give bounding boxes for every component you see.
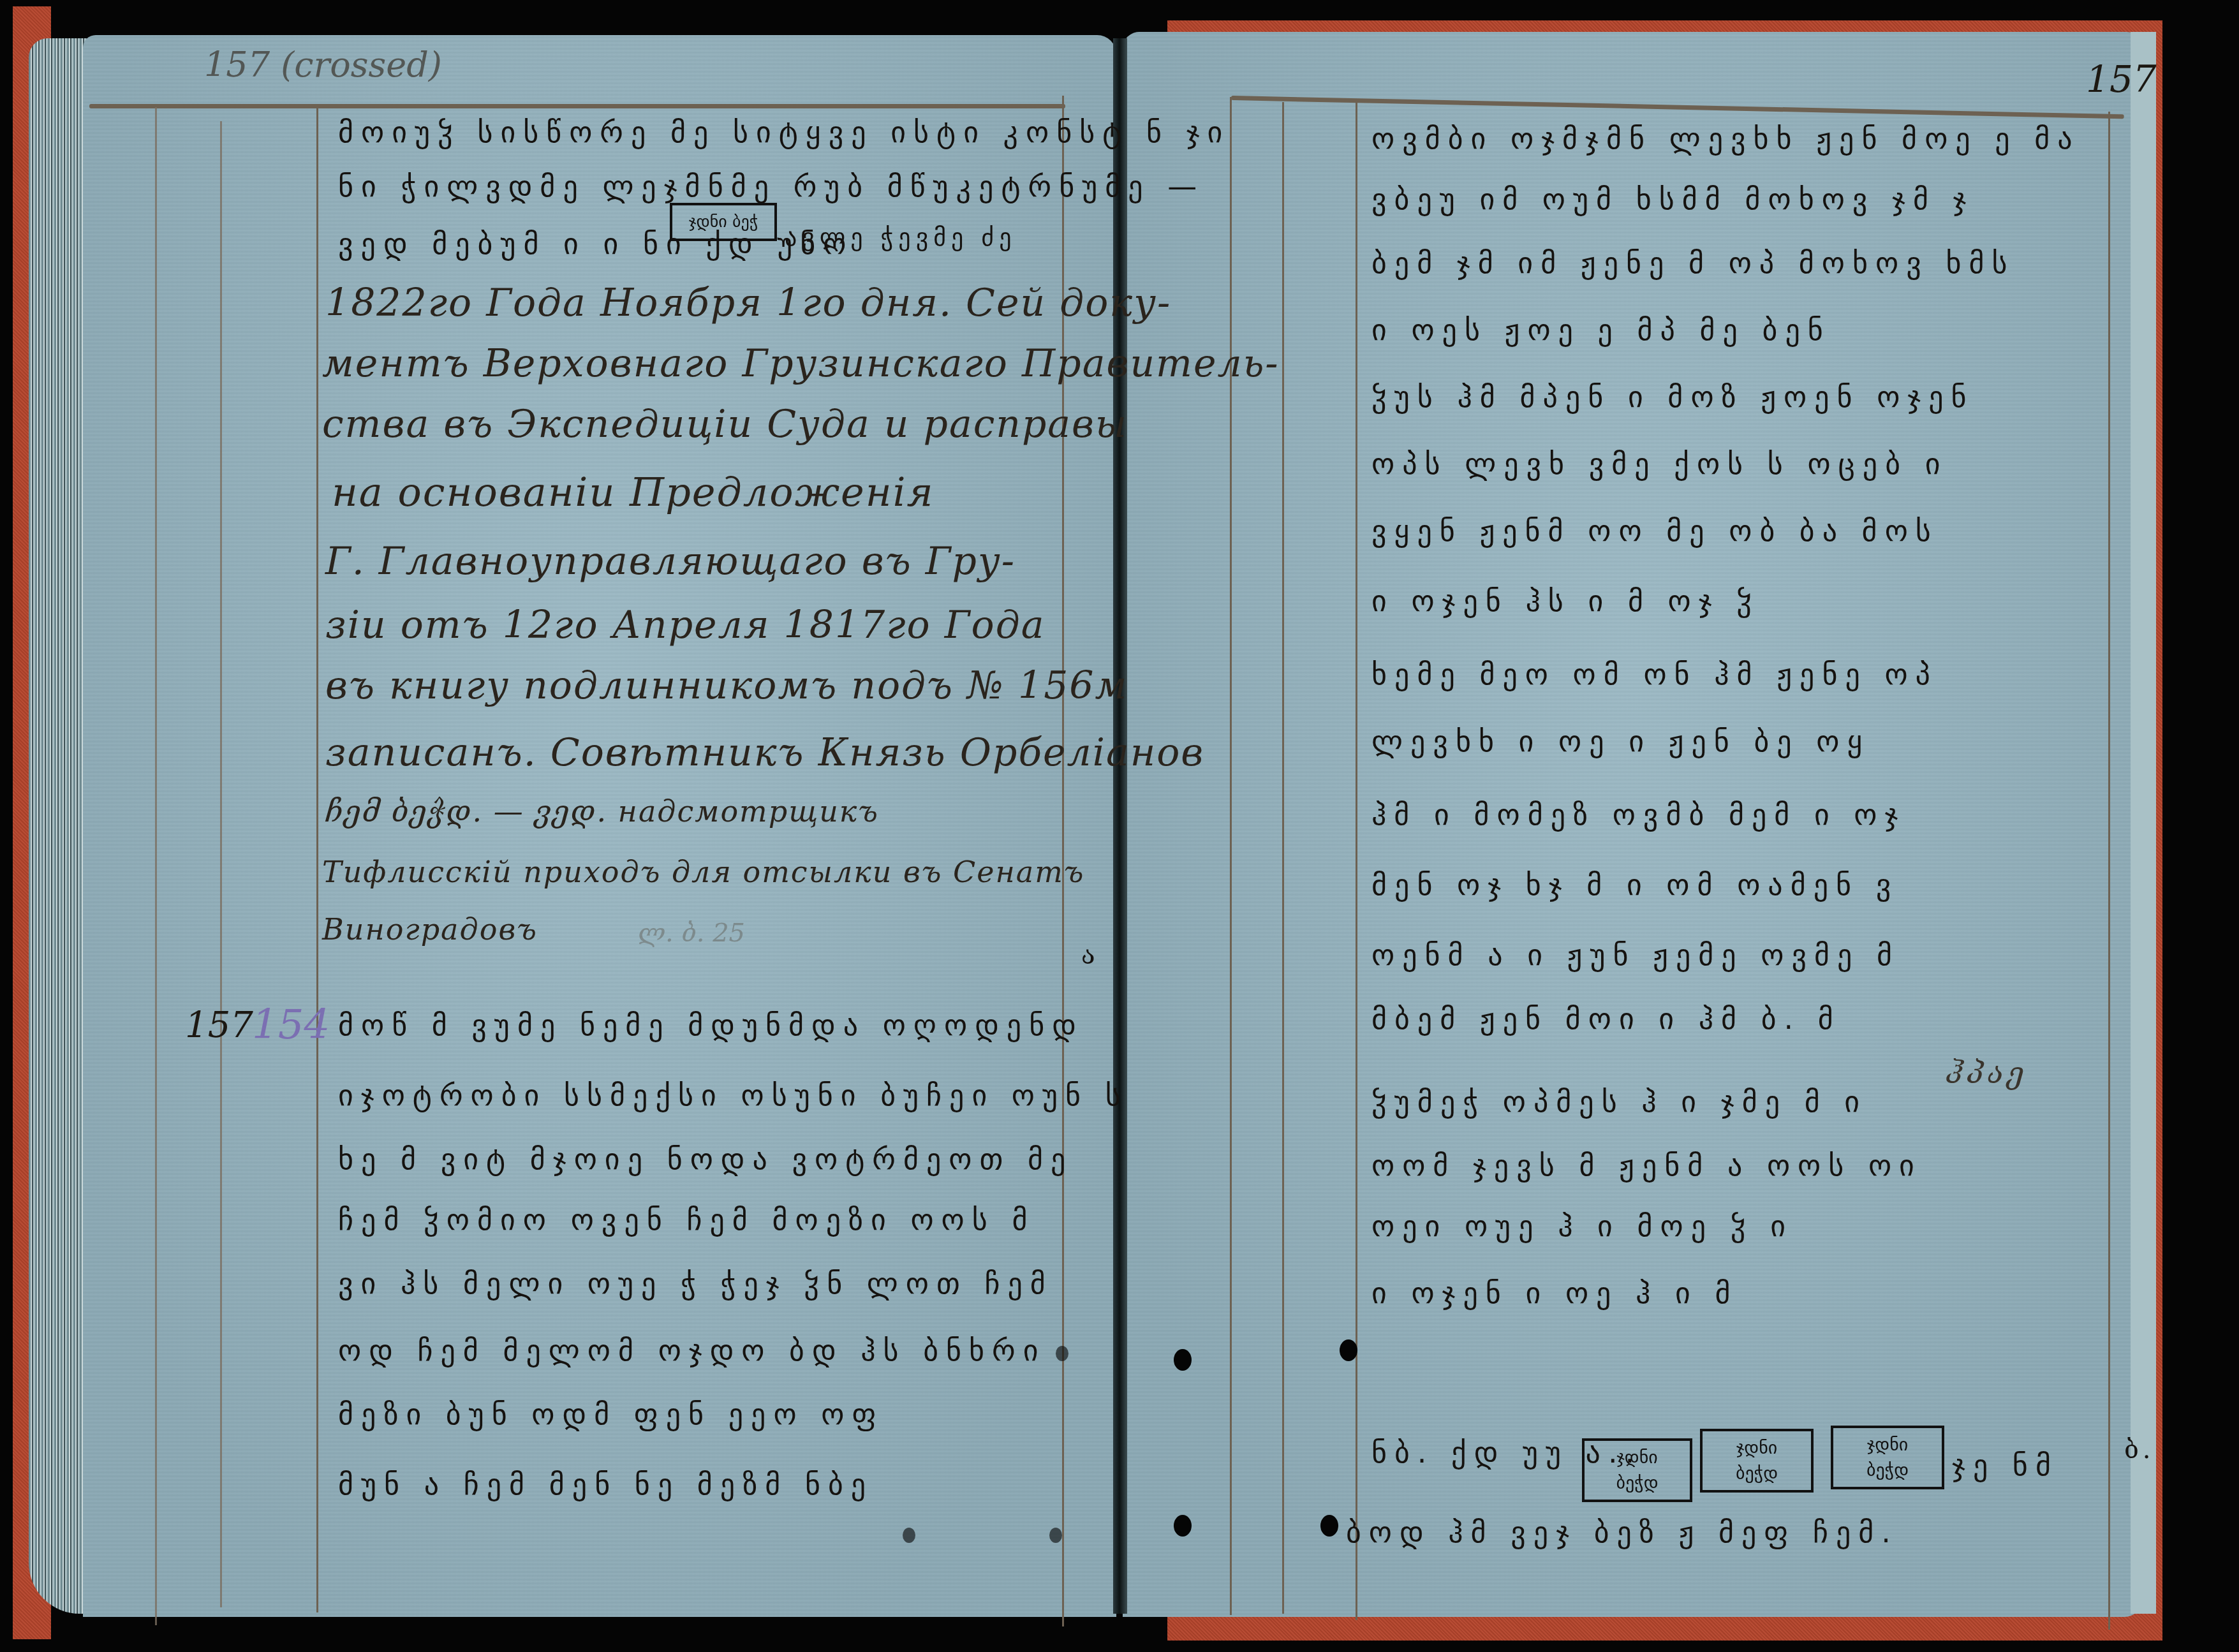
right-georgian-line-17: ოეი ოუე ჰ ი მოე ჴ ი <box>1371 1209 1793 1243</box>
right-georgian-line-13: ოენმ ა ი ჟუნ ჟემე ოვმე მ <box>1371 938 1900 972</box>
right-georgian-line-15: ჴუმეჭ ოპმეს ჰ ი ჯმე მ ი <box>1371 1084 1867 1119</box>
left-top-rule <box>89 104 1065 108</box>
right-margin-rule-1 <box>1230 97 1232 1615</box>
left-folio-margin: 157 <box>185 1005 253 1046</box>
right-georgian-line-2: ვბეუ იმ ოუმ ხსმმ მოხოვ ჯმ ჯ <box>1371 182 1974 216</box>
right-text-rule <box>1356 102 1357 1620</box>
left-georgian-bottom-1: მოწ მ ვუმე ნემე მდუნმდა ოღოდენდ <box>338 1008 1084 1042</box>
stamp-1-top: ჯდნი <box>1591 1445 1683 1470</box>
left-georgian-line-2: ნი ჭილვდმე ლეჯმნმე რუბ მწუკეტრნუმე — <box>338 169 1204 203</box>
russian-cert-line-4: на основаніи Предложенія <box>332 469 935 515</box>
left-georgian-bottom-7: მეზი ბუნ ოდმ ფენ ეეო ოფ <box>338 1397 883 1431</box>
punch-hole-right-1 <box>1174 1349 1192 1371</box>
left-georgian-bottom-5: ვი ჰს მელი ოუე ჭ ჭეჯ ჴნ ლოთ ჩემ <box>338 1266 1053 1301</box>
punch-hole-right-3 <box>1174 1515 1192 1537</box>
stamp-1-bottom: ბეჭდ <box>1591 1470 1683 1496</box>
right-stamp-box-1: ჯდნი ბეჭდ <box>1582 1438 1692 1502</box>
right-folio-top: 157 <box>2086 57 2157 101</box>
right-georgian-line-12: მენ ოჯ ხჯ მ ი ომ ოამენ ვ <box>1371 867 1898 902</box>
right-georgian-line-14: მბემ ჟენ მოი ი ჰმ ბ. მ <box>1371 1001 1841 1036</box>
right-georgian-line-3: ბემ ჯმ იმ ჟენე მ ოპ მოხოვ ხმს <box>1371 246 2015 280</box>
book-gutter <box>1113 38 1127 1614</box>
punch-hole-left-2 <box>903 1528 915 1543</box>
russian-cert-line-7: въ книгу подлинникомъ подъ № 156м <box>325 663 1128 708</box>
left-text-rule <box>316 107 318 1612</box>
left-georgian-line-1: მოიუჴ სისწორე მე სიტყვე ისტი კონსტ ნ ჯი <box>338 115 1230 149</box>
left-georgian-bottom-4: ჩემ ჴომიო ოვენ ჩემ მოეზი ოოს მ <box>338 1202 1035 1237</box>
stamp-3-bottom: ბეჭდ <box>1840 1457 1935 1483</box>
right-georgian-line-16: ოომ ჯევს მ ჟენმ ა ოოს ოი <box>1371 1148 1922 1183</box>
right-signature-inline: ჰპაე <box>1946 1056 2028 1090</box>
right-georgian-line-18: ი ოჯენ ი ოე ჰ ი მ <box>1371 1276 1738 1310</box>
right-margin-rule-2 <box>1282 102 1284 1614</box>
stamp-2-top: ჯდნი <box>1709 1435 1805 1461</box>
left-margin-rule-1 <box>155 107 157 1625</box>
punch-hole-right-4 <box>1320 1515 1338 1537</box>
left-georgian-bottom-2: იჯოტრობი სსმექსი ოსუნი ბუჩეი ოუნ ს <box>338 1078 1128 1112</box>
right-right-rule <box>2108 112 2110 1630</box>
russian-cert-line-9: ჩემ ბეჭდ. — ვედ. надсмотрщикъ <box>325 794 879 829</box>
right-georgian-line-10: ლევხხ ი ოე ი ჟენ ბე ოყ <box>1371 724 1870 758</box>
left-folio-top: 157 (crossed) <box>204 45 442 85</box>
right-stamp-box-2: ჯდნი ბეჭდ <box>1700 1429 1814 1493</box>
right-georgian-line-5: ჴუს ჰმ მპენ ი მოზ ჟოენ ოჯენ <box>1371 380 1974 414</box>
right-georgian-line-9: ხემე მეო ომ ონ ჰმ ჟენე ოპ <box>1371 657 1938 691</box>
right-georgian-line-8: ი ოჯენ ჰს ი მ ოჯ ჴ <box>1371 584 1759 618</box>
punch-hole-left-3 <box>1049 1528 1062 1543</box>
left-folio-margin-violet: 154 <box>252 1001 330 1049</box>
russian-cert-line-5: Г. Главноуправляющаго въ Гру- <box>325 539 1016 584</box>
right-stamp-box-3: ჯდნი ბეჭდ <box>1831 1426 1944 1489</box>
left-margin-mark: ა <box>1081 941 1099 970</box>
russian-cert-line-11: Виноградовъ <box>322 912 538 947</box>
right-georgian-line-20: ბოდ ჰმ ვეჯ ბეზ ჟ მეფ ჩემ. <box>1346 1515 1898 1549</box>
right-page-underleaf <box>2131 32 2156 1614</box>
faint-pencil-note: ლ. ბ. 25 <box>638 918 745 948</box>
left-margin-rule-2 <box>220 121 222 1607</box>
right-georgian-line-1: ოვმბი ოჯმჯმნ ლევხხ ჟენ მოე ე მა <box>1371 121 2080 156</box>
stamps-trailing-text: ჯე ნმ <box>1952 1448 2058 1482</box>
punch-hole-left-1 <box>1056 1346 1068 1361</box>
russian-cert-line-6: зіи отъ 12го Апреля 1817го Года <box>325 603 1045 647</box>
stamp-3-top: ჯდნი <box>1840 1432 1935 1457</box>
russian-cert-line-8: записанъ. Совѣтникъ Князь Орбеліанов <box>325 730 1204 775</box>
russian-cert-line-3: ства въ Экспедиціи Суда и расправы <box>322 402 1128 446</box>
right-georgian-line-11: ჰმ ი მომეზ ოვმბ მემ ი ოჯ <box>1371 797 1905 832</box>
russian-cert-line-2: ментъ Верховнаго Грузинскаго Правитель- <box>322 341 1280 386</box>
russian-cert-line-1: 1822го Года Ноября 1го дня. Сей доку- <box>325 281 1171 325</box>
right-georgian-line-7: ვყენ ჟენმ ოო მე ობ ბა მოს <box>1371 513 1939 548</box>
left-georgian-bottom-8: მუნ ა ჩემ მენ ნე მეზმ ნბე <box>338 1467 873 1501</box>
left-stamp-box: ჯდნი ბეჭ <box>670 203 777 241</box>
punch-hole-right-2 <box>1340 1339 1357 1361</box>
left-georgian-bottom-6: ოდ ჩემ მელომ ოჯდო ბდ ჰს ბნხრი <box>338 1333 1046 1368</box>
right-margin-mark: ბ. <box>2124 1435 2155 1464</box>
right-georgian-line-4: ი ოეს ჟოე ე მპ მე ბენ <box>1371 313 1831 347</box>
right-georgian-line-6: ოპს ლევხ ვმე ქოს ს ოცებ ი <box>1371 446 1947 481</box>
left-georgian-bottom-3: ხე მ ვიტ მჯოიე ნოდა ვოტრმეოთ მე <box>338 1142 1073 1176</box>
stamp-2-bottom: ბეჭდ <box>1709 1461 1805 1486</box>
russian-cert-line-10: Тифлисскій приходъ для отсылки въ Сенатъ <box>322 855 1085 889</box>
left-signature: ავლე ჭევმე ძე <box>785 223 1017 251</box>
